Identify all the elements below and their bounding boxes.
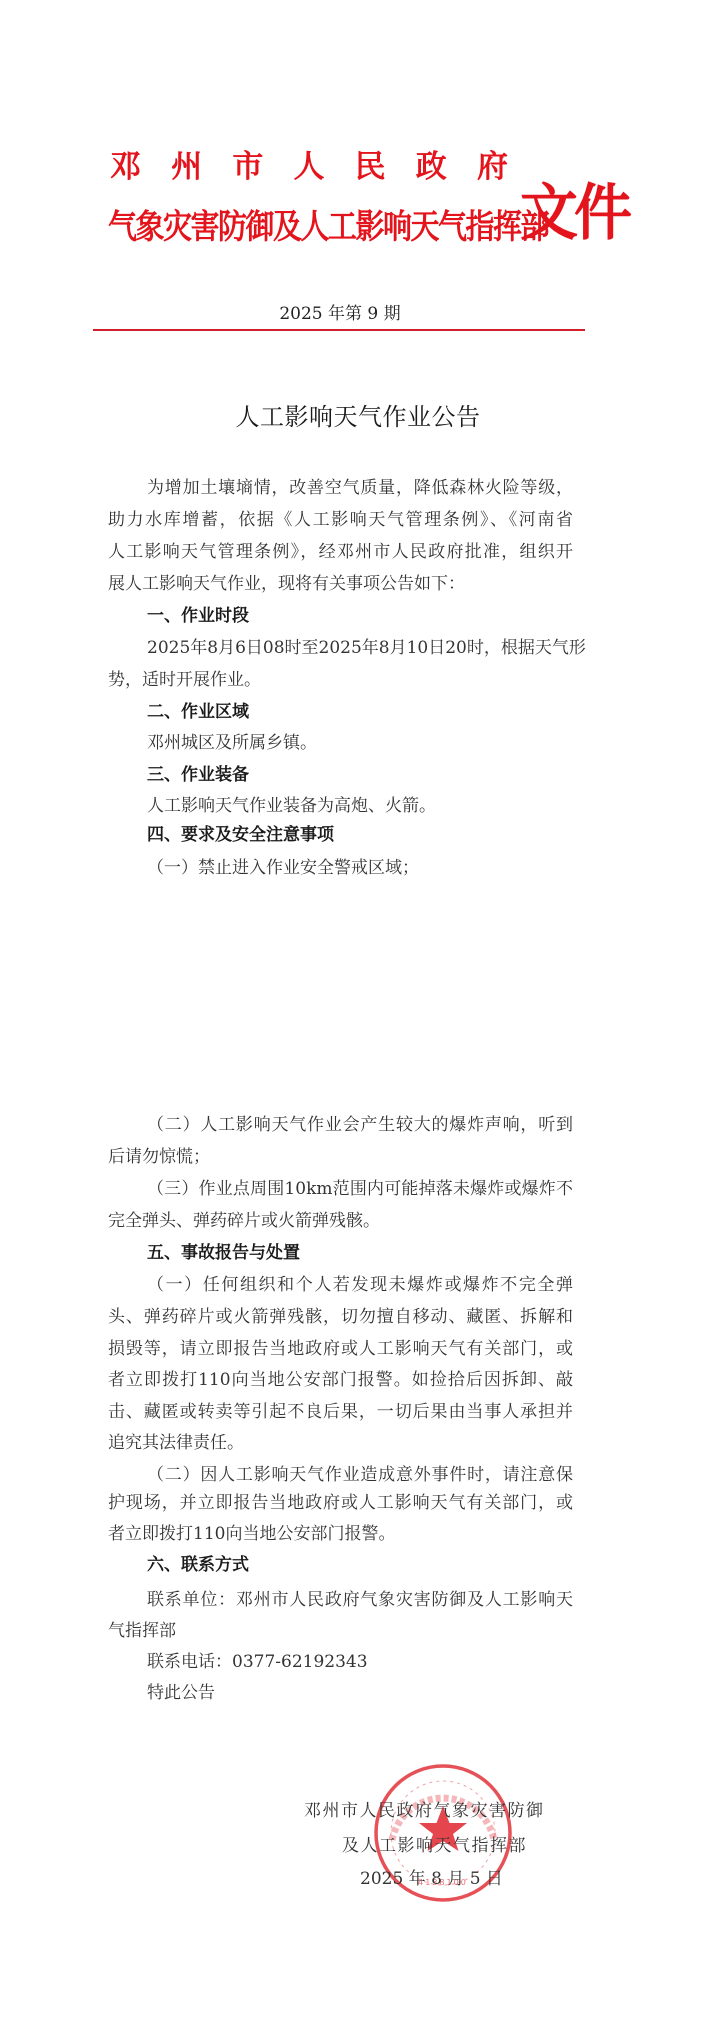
masthead-char: 府	[477, 150, 508, 184]
masthead-char: 人	[293, 150, 324, 184]
section-heading: 五、事故报告与处置	[147, 1240, 300, 1266]
signature-org-line2: 及人工影响天气指挥部	[342, 1834, 527, 1858]
section-line: 2025年8月6日08时至2025年8月10日20时，根据天气形	[147, 635, 573, 661]
document-title: 人工影响天气作业公告	[0, 403, 716, 431]
section-line: 击、藏匿或转卖等引起不良后果，一切后果由当事人承担并	[108, 1399, 573, 1425]
section-line: 完全弹头、弹药碎片或火箭弹残骸。	[108, 1208, 380, 1234]
section-line: 追究其法律责任。	[108, 1430, 244, 1456]
masthead-char: 政	[416, 150, 447, 184]
intro-line: 展人工影响天气作业，现将有关事项公告如下：	[108, 571, 465, 597]
section-line: 者立即拨打110向当地公安部门报警。如捡拾后因拆卸、敲	[108, 1367, 573, 1393]
section-heading: 三、作业装备	[147, 762, 249, 788]
intro-line: 人工影响天气管理条例》，经邓州市人民政府批准，组织开	[108, 539, 573, 565]
masthead-char: 邓	[110, 150, 141, 184]
red-divider	[93, 329, 585, 331]
section-heading: 四、要求及安全注意事项	[147, 822, 334, 848]
section-line: 势，适时开展作业。	[108, 667, 261, 693]
section-line: 人工影响天气作业装备为高炮、火箭。	[147, 793, 436, 819]
section-line: 者立即拨打110向当地公安部门报警。	[108, 1521, 395, 1547]
section-heading: 一、作业时段	[147, 603, 249, 629]
contact-phone: 联系电话：0377-62192343	[147, 1649, 368, 1675]
masthead-char: 民	[355, 150, 386, 184]
section-line: 后请勿惊慌；	[108, 1144, 210, 1170]
issue-number: 2025 年第 9 期	[0, 303, 680, 325]
section-line: （三）作业点周围10km范围内可能掉落未爆炸或爆炸不	[147, 1176, 573, 1202]
intro-line: 为增加土壤墒情，改善空气质量，降低森林火险等级，	[147, 475, 573, 501]
section-line: 损毁等，请立即报告当地政府或人工影响天气有关部门，或	[108, 1336, 573, 1362]
section-line: 护现场，并立即报告当地政府或人工影响天气有关部门，或	[108, 1490, 573, 1516]
section-heading: 六、联系方式	[147, 1552, 249, 1578]
masthead-org-line1: 邓 州 市 人 民 政 府	[110, 150, 508, 184]
section-line: （二）因人工影响天气作业造成意外事件时，请注意保	[147, 1462, 573, 1488]
signature-org-line1: 邓州市人民政府气象灾害防御	[304, 1799, 545, 1823]
section-line: （一）任何组织和个人若发现未爆炸或爆炸不完全弹	[147, 1272, 573, 1298]
section-line: （二）人工影响天气作业会产生较大的爆炸声响，听到	[147, 1112, 573, 1138]
section-heading: 二、作业区域	[147, 699, 249, 725]
contact-unit-cont: 气指挥部	[108, 1618, 176, 1644]
masthead-document-label: 文件	[520, 180, 628, 245]
masthead-char: 市	[232, 150, 263, 184]
intro-line: 助力水库增蓄，依据《人工影响天气管理条例》、《河南省	[108, 507, 573, 533]
section-line: （一）禁止进入作业安全警戒区域；	[147, 855, 419, 881]
section-line: 头、弹药碎片或火箭弹残骸，切勿擅自移动、藏匿、拆解和	[108, 1304, 573, 1330]
masthead-char: 州	[171, 150, 202, 184]
closing-remark: 特此公告	[147, 1680, 215, 1706]
signature-date: 2025 年 8 月 5 日	[360, 1867, 503, 1891]
section-line: 邓州城区及所属乡镇。	[147, 730, 317, 756]
masthead-org-line2: 气象灾害防御及人工影响天气指挥部	[108, 206, 510, 247]
contact-unit: 联系单位：邓州市人民政府气象灾害防御及人工影响天	[147, 1587, 573, 1613]
